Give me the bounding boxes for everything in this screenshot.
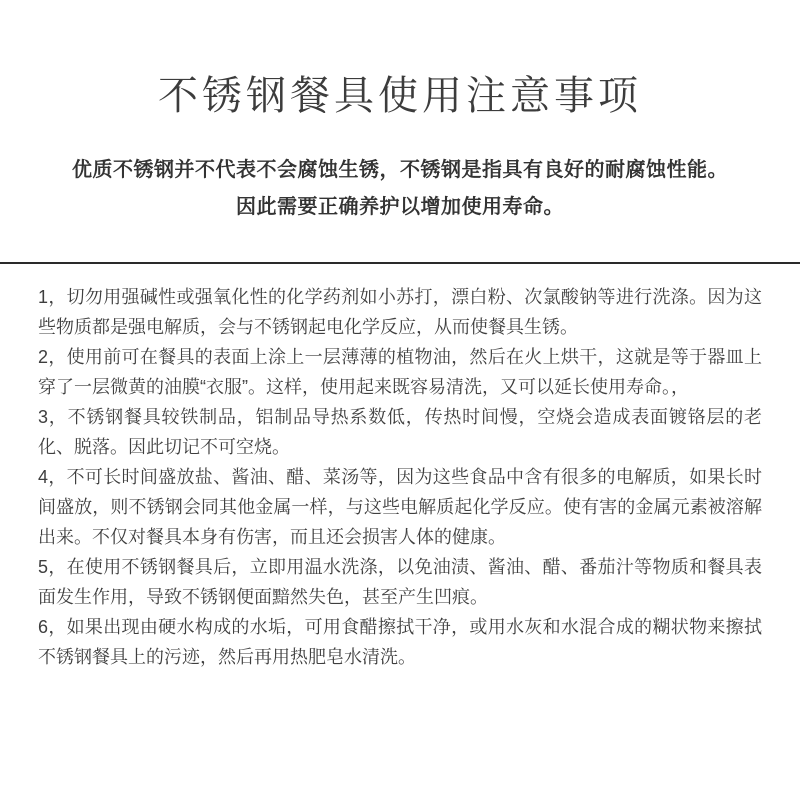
note-item-5: 5，在使用不锈钢餐具后，立即用温水洗涤，以免油渍、酱油、醋、番茄汁等物质和餐具表… [38, 552, 762, 612]
intro-line-2: 因此需要正确养护以增加使用寿命。 [0, 189, 800, 226]
intro-line-1: 优质不锈钢并不代表不会腐蚀生锈，不锈钢是指具有良好的耐腐蚀性能。 [0, 152, 800, 189]
note-item-1: 1，切勿用强碱性或强氧化性的化学药剂如小苏打，漂白粉、次氯酸钠等进行洗涤。因为这… [38, 282, 762, 342]
note-item-3: 3，不锈钢餐具较铁制品，铝制品导热系数低，传热时间慢，空烧会造成表面镀铬层的老化… [38, 402, 762, 462]
note-item-6: 6，如果出现由硬水构成的水垢，可用食醋擦拭干净，或用水灰和水混合成的糊状物来擦拭… [38, 612, 762, 672]
note-item-4: 4，不可长时间盛放盐、酱油、醋、菜汤等，因为这些食品中含有很多的电解质，如果长时… [38, 462, 762, 552]
note-item-2: 2，使用前可在餐具的表面上涂上一层薄薄的植物油，然后在火上烘干，这就是等于器皿上… [38, 342, 762, 402]
divider-rule [0, 262, 800, 264]
page-title: 不锈钢餐具使用注意事项 [0, 0, 800, 120]
notes-section: 1，切勿用强碱性或强氧化性的化学药剂如小苏打，漂白粉、次氯酸钠等进行洗涤。因为这… [0, 282, 800, 672]
document-page: 不锈钢餐具使用注意事项 优质不锈钢并不代表不会腐蚀生锈，不锈钢是指具有良好的耐腐… [0, 0, 800, 800]
intro-paragraph: 优质不锈钢并不代表不会腐蚀生锈，不锈钢是指具有良好的耐腐蚀性能。 因此需要正确养… [0, 152, 800, 226]
